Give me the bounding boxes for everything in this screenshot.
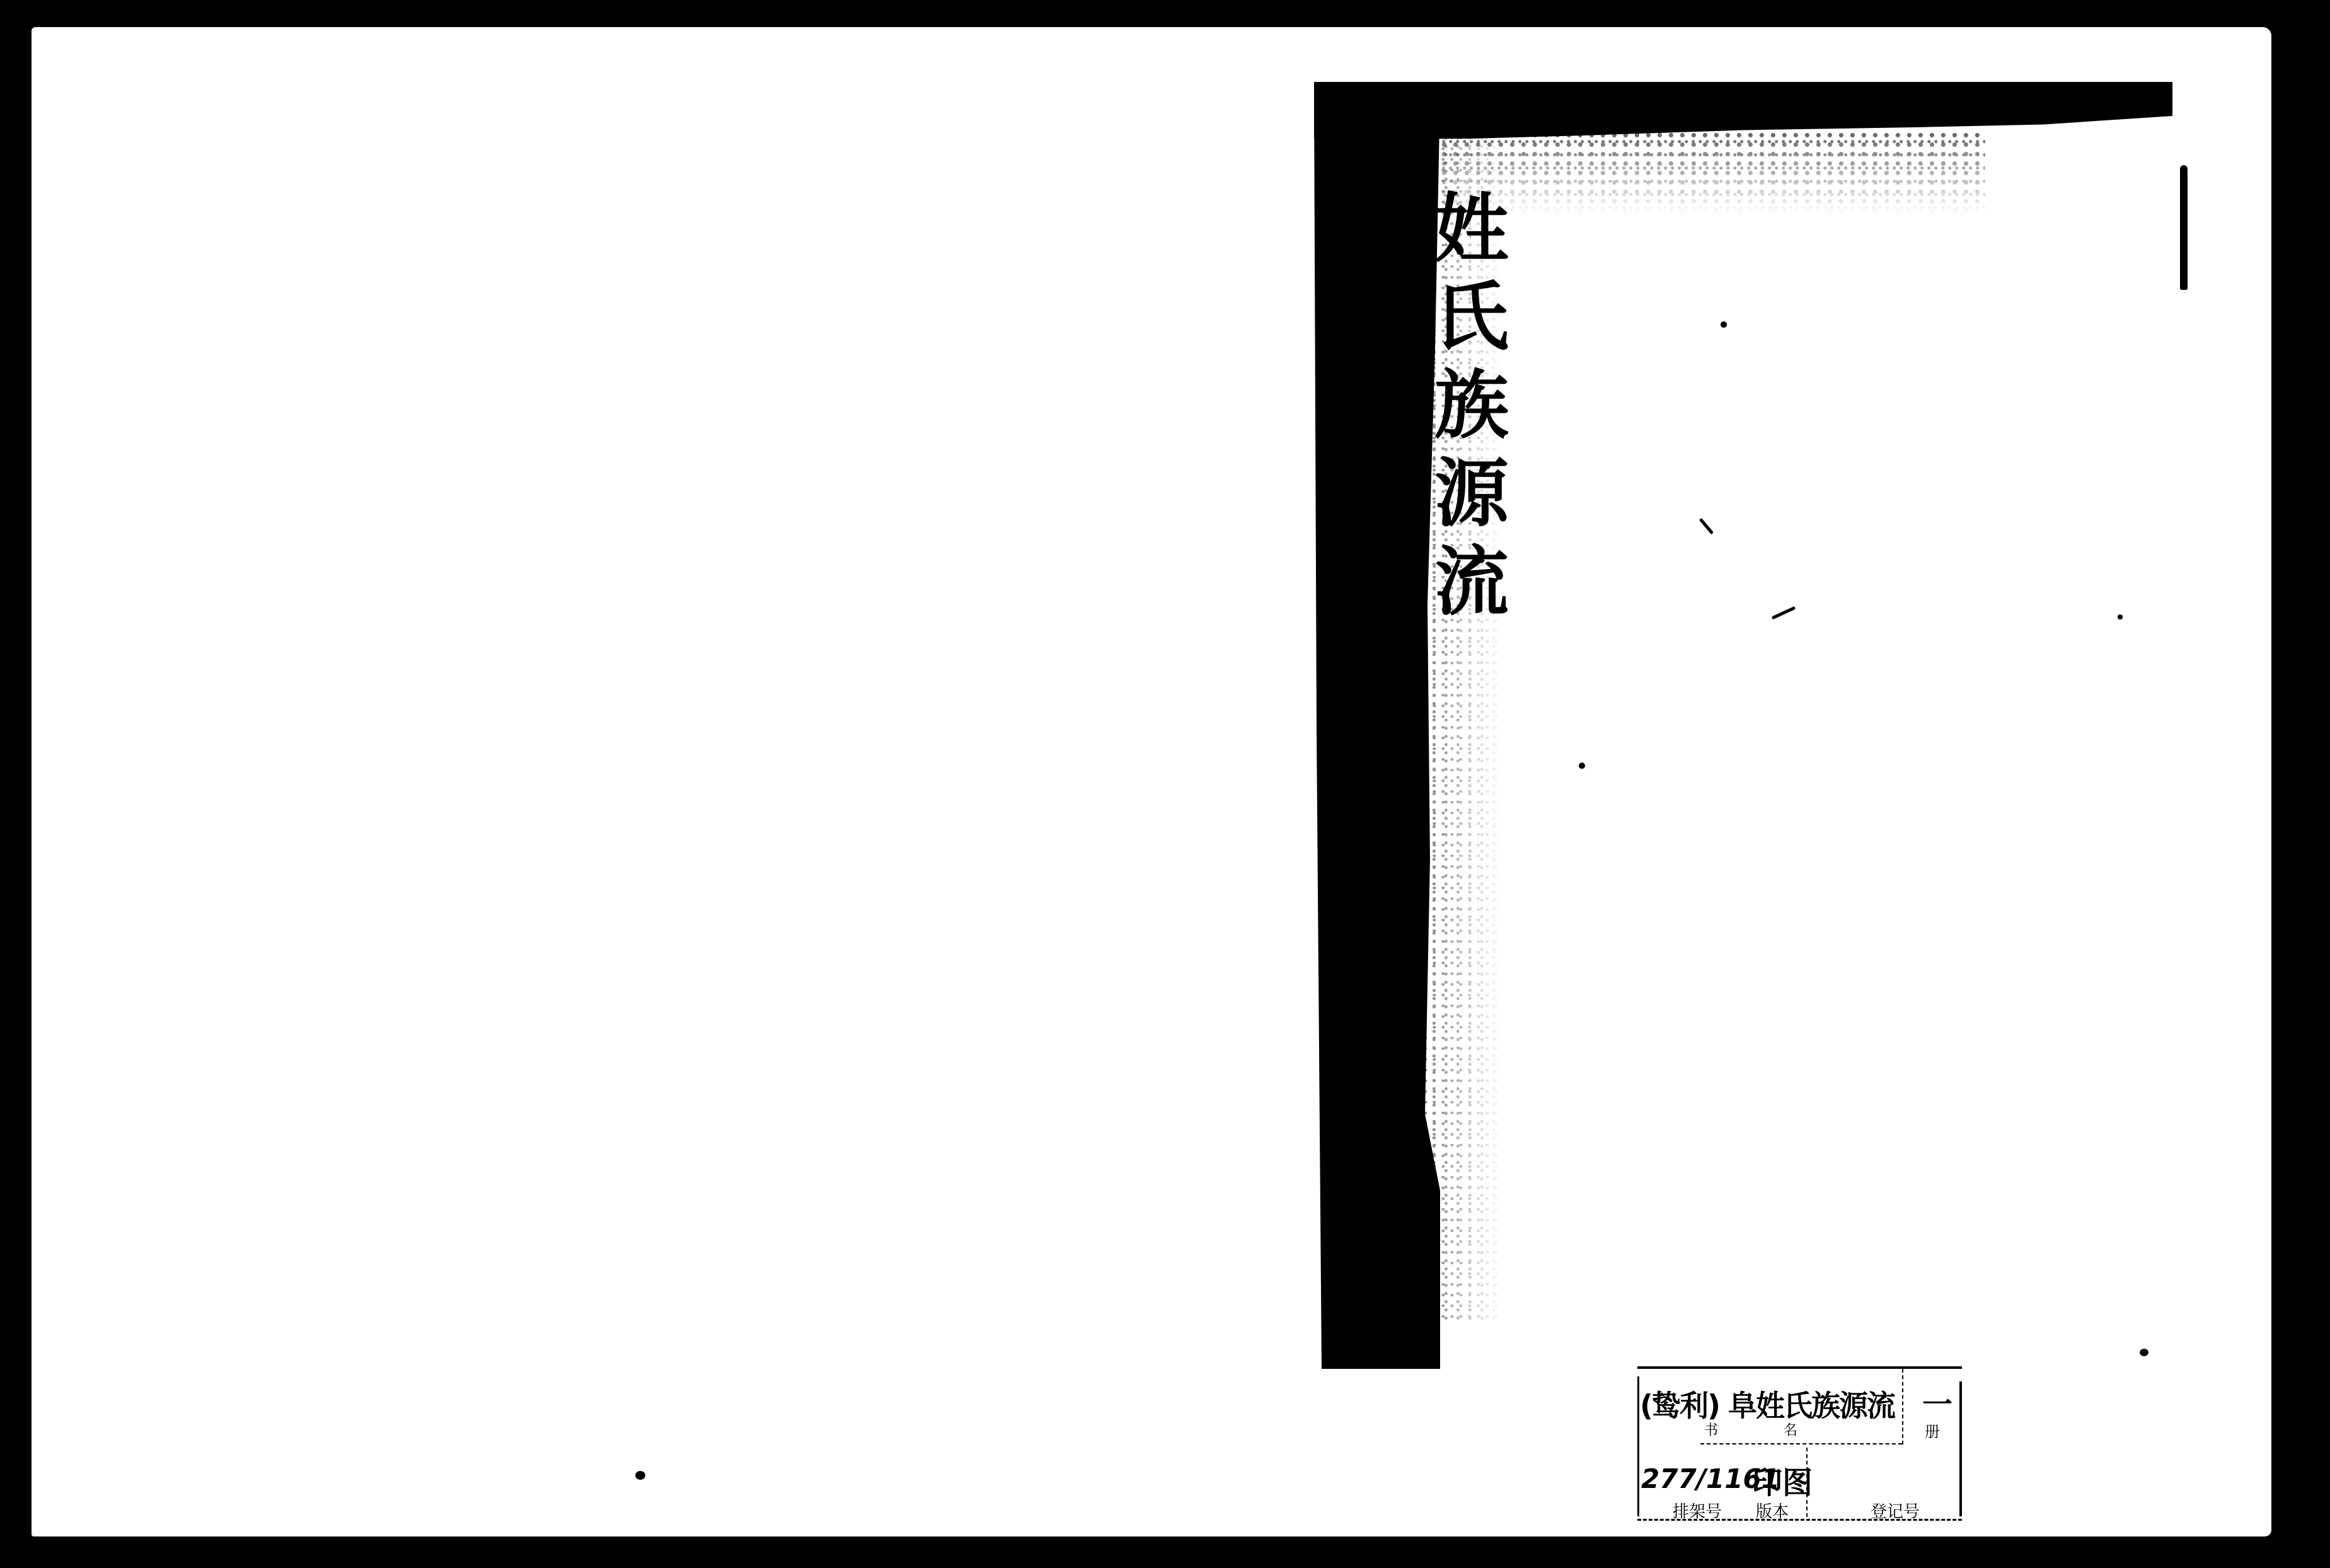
label-border-left [1637,1376,1639,1516]
scan-speck [2118,614,2123,620]
scan-speck [635,1471,645,1480]
label-volume-unit: 册 [1925,1419,1940,1441]
label-caption-book: 书 [1704,1419,1718,1439]
scan-border-right [2271,0,2330,1568]
cover-title: 姓氏族源流 [1418,189,1519,630]
scan-speck [1579,763,1585,769]
label-caption-name: 名 [1784,1419,1797,1439]
label-edition: 印图 [1752,1458,1813,1502]
cover-edge-mark [2180,165,2188,290]
label-book-title: (鸷利) 阜姓氏族源流 [1640,1383,1895,1424]
label-caption-edition: 版本 [1756,1499,1789,1522]
label-border-right [1959,1381,1962,1516]
catalog-label: (鸷利) 阜姓氏族源流 书 名 一 册 277/1161 印图 排架号 版本 登… [1637,1366,1962,1521]
label-divider [1902,1369,1903,1444]
label-caption-shelf: 排架号 [1673,1499,1722,1522]
label-volume-count: 一 [1922,1380,1952,1424]
scan-speck [2140,1349,2148,1356]
scan-speck [1721,321,1727,328]
label-caption-registration: 登记号 [1871,1499,1920,1522]
label-divider [1700,1443,1902,1444]
